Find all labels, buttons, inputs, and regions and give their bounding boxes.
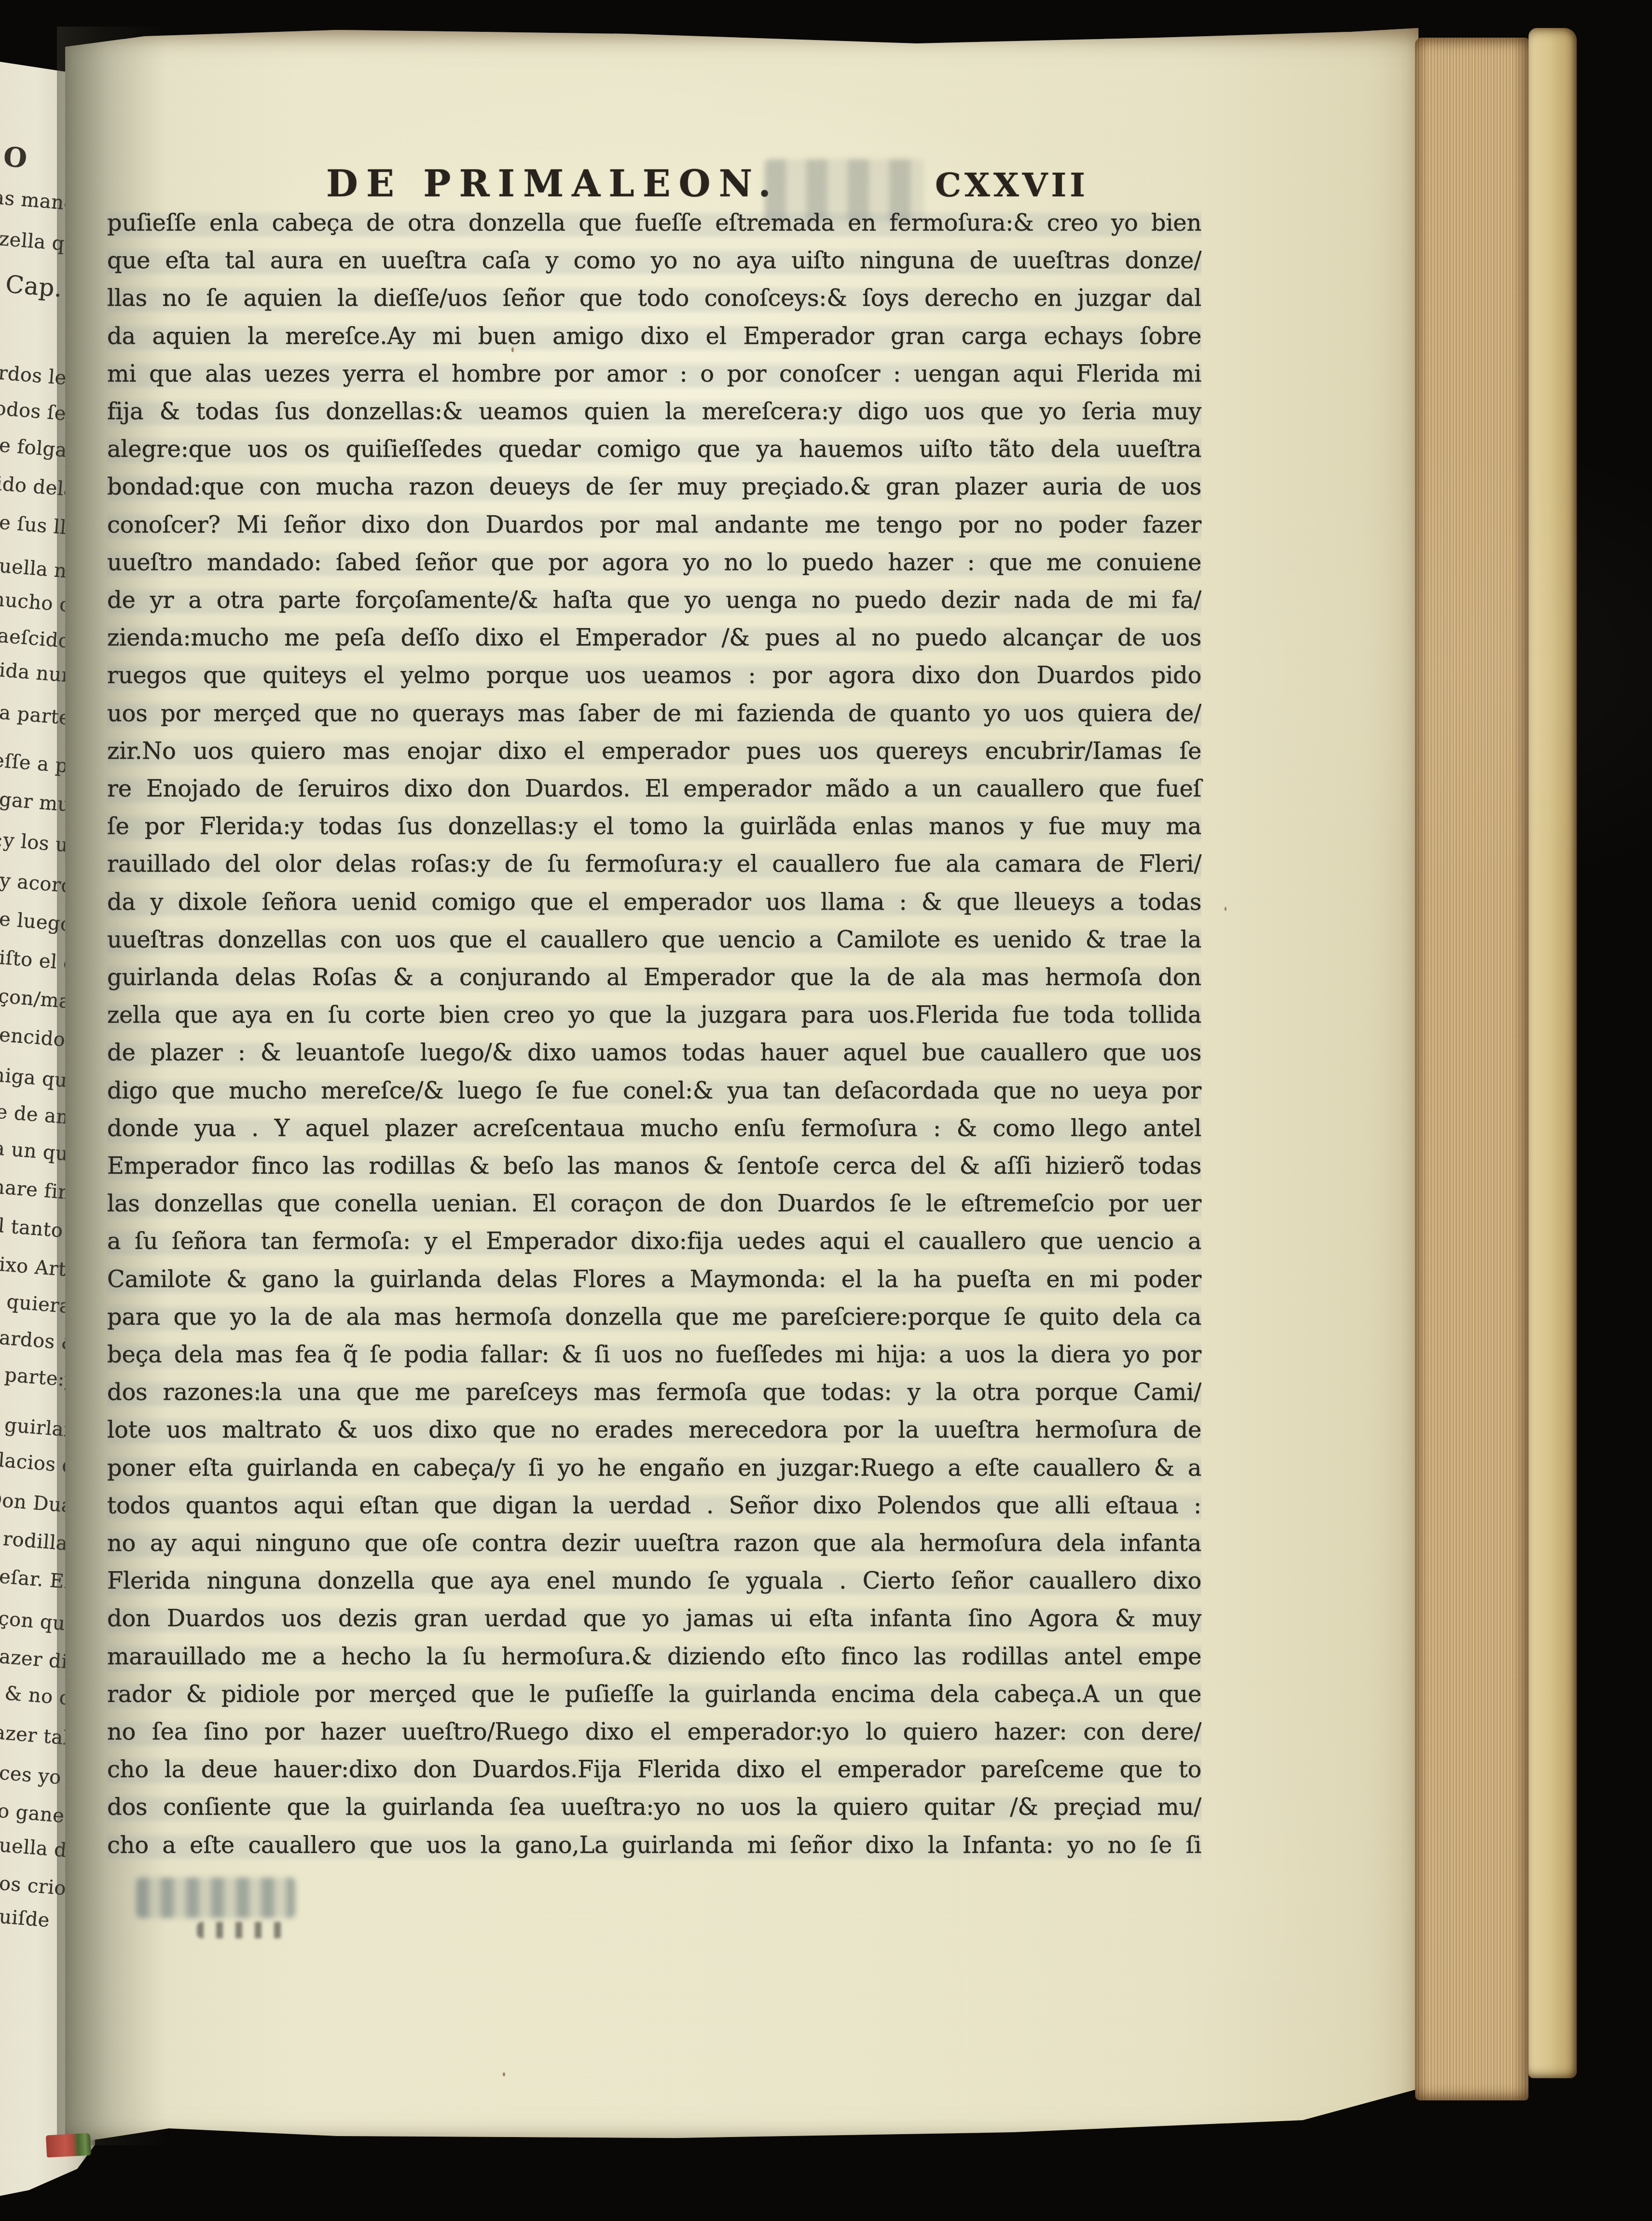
text-line: para que yo la de ala mas hermoſa donzel… [107, 1302, 1201, 1335]
text-line: ſe por Flerida:y todas ſus donzellas:y e… [107, 811, 1201, 845]
text-line: no ſea ſino por hazer uueſtro/Ruego dixo… [107, 1716, 1201, 1750]
text-line: cho a eſte cauallero que uos la gano,La … [107, 1830, 1201, 1864]
text-line: alegre:que uos os quiſieſſedes quedar co… [107, 434, 1201, 467]
bookmark-ribbon [46, 2133, 91, 2158]
running-title: DE PRIMALEON. [326, 162, 779, 205]
text-line: guirlanda delas Roſas & a conjurando al … [107, 962, 1201, 996]
text-line: las donzellas que conella uenian. El cor… [107, 1188, 1201, 1222]
text-line: uueſtras donzellas con uos que el cauall… [107, 924, 1201, 958]
book-scan-page: Olas manos al enzella que en ſuCap. XV.a… [0, 0, 1652, 2221]
text-line: da y dixole ſeñora uenid comigo que el e… [107, 887, 1201, 920]
text-line: marauillado me a hecho la ſu hermoſura.&… [107, 1641, 1201, 1675]
text-line: zir.No uos quiero mas enojar dixo el emp… [107, 736, 1201, 769]
text-line: dos razones:la una que me pareſceys mas … [107, 1377, 1201, 1411]
facing-page-fragment: O [2, 141, 28, 175]
text-line: Flerida ninguna donzella que aya enel mu… [107, 1565, 1201, 1599]
text-line: Emperador finco las rodillas & beſo las … [107, 1151, 1201, 1184]
text-line: fija & todas ſus donzellas:& ueamos quie… [107, 396, 1201, 430]
text-line: dos conſiente que la guirlanda ſea uueſt… [107, 1792, 1201, 1825]
text-line: donde yua . Y aquel plazer acreſcentaua … [107, 1113, 1201, 1147]
text-line: ruegos que quiteys el yelmo porque uos u… [107, 660, 1201, 694]
text-line: todos quantos aqui eſtan que digan la ue… [107, 1490, 1201, 1524]
text-line: mi que alas uezes yerra el hombre por am… [107, 358, 1201, 392]
fore-edge-pages [1415, 38, 1528, 2100]
text-line: no ay aqui ninguno que oſe contra dezir … [107, 1528, 1201, 1562]
text-line: zienda:mucho me peſa deſſo dixo el Emper… [107, 622, 1201, 656]
text-line: que eſta tal aura en uueſtra caſa y como… [107, 245, 1201, 279]
text-line: lote uos maltrato & uos dixo que no erad… [107, 1414, 1201, 1448]
folio-number: CXXVII [935, 166, 1088, 205]
paper-speck [1225, 907, 1226, 911]
text-line: conoſcer? Mi ſeñor dixo don Duardos por … [107, 509, 1201, 543]
text-line: de plazer : & leuantoſe luego/& dixo uam… [107, 1037, 1201, 1071]
cover-edge [1528, 28, 1577, 2078]
text-line: puſieſſe enla cabeça de otra donzella qu… [107, 207, 1201, 241]
text-line: uos por merçed que no querays mas ſaber … [107, 698, 1201, 732]
text-line: a ſu ſeñora tan fermoſa: y el Emperador … [107, 1226, 1201, 1260]
text-line: digo que mucho mereſce/& luego ſe fue co… [107, 1075, 1201, 1109]
text-line: rador & pidiole por merçed que le puſieſ… [107, 1679, 1201, 1713]
text-line: uueſtro mandado: ſabed ſeñor que por ago… [107, 547, 1201, 581]
text-line: de yr a otra parte forçoſamente/& haſta … [107, 585, 1201, 618]
text-line: da aquien la mereſce.Ay mi buen amigo di… [107, 321, 1201, 355]
text-line: Camilote & gano la guirlanda delas Flore… [107, 1264, 1201, 1298]
text-line: cho la deue hauer:dixo don Duardos.Fija … [107, 1754, 1201, 1788]
text-line: bondad:que con mucha razon deueys de ſer… [107, 471, 1201, 505]
text-line: re Enojado de ſeruiros dixo don Duardos.… [107, 773, 1201, 807]
text-line: beça dela mas fea q̃ ſe podia fallar: & … [107, 1339, 1201, 1373]
text-line: rauillado del olor delas roſas:y de ſu f… [107, 849, 1201, 882]
text-line: llas no ſe aquien la dieſſe/uos ſeñor qu… [107, 283, 1201, 316]
text-line: zella que aya en ſu corte bien creo yo q… [107, 1000, 1201, 1033]
facing-page-fragment: puiſde [0, 1905, 51, 1932]
text-line: don Duardos uos dezis gran uerdad que yo… [107, 1603, 1201, 1637]
text-line: poner eſta guirlanda en cabeça/y ſi yo h… [107, 1453, 1201, 1486]
paper-speck [503, 2072, 505, 2076]
